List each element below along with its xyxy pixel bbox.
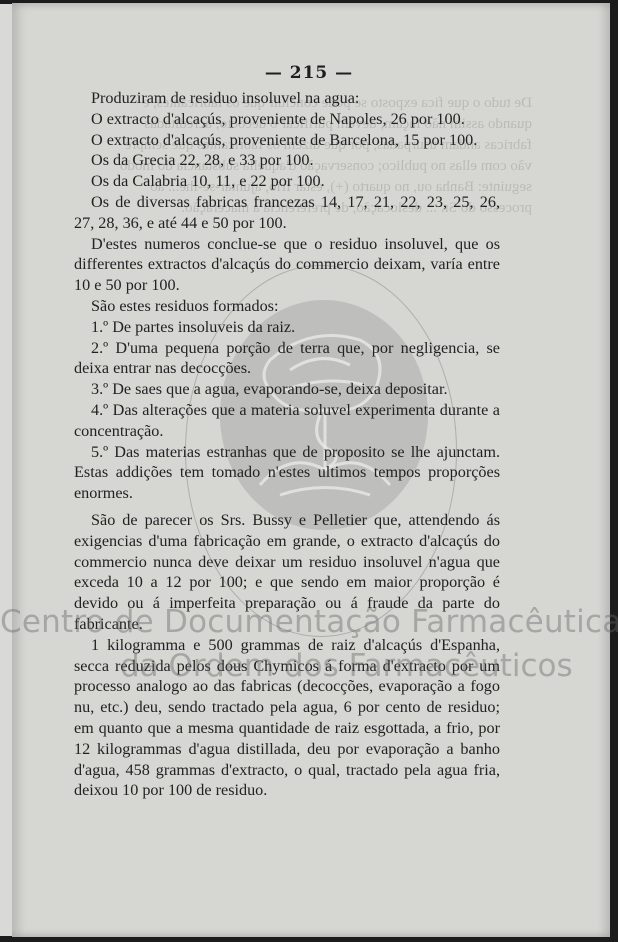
paragraph-calabria: Os da Calabria 10, 11, e 22 por 100. <box>74 171 500 192</box>
watermark-line-1: Centro de Documentação Farmacêutica <box>0 604 618 640</box>
paragraph-conclusao: D'estes numeros conclue-se que o residuo… <box>74 234 500 296</box>
list-item-2: 2.º D'uma pequena porção de terra que, p… <box>74 338 500 380</box>
page-body: Produziram de residuo insoluvel na agua:… <box>74 88 500 801</box>
list-item-5: 5.º Das materias estranhas que de propos… <box>74 442 500 504</box>
list-item-3: 3.º De saes que a agua, evaporando-se, d… <box>74 379 500 400</box>
paragraph-napoles: O extracto d'alcaçús, proveniente de Nap… <box>74 109 500 130</box>
list-item-1: 1.º De partes insoluveis da raiz. <box>74 317 500 338</box>
paragraph-barcelona: O extracto d'alcaçús, proveniente de Bar… <box>74 130 500 151</box>
page-number: — 215 — <box>0 63 618 83</box>
paragraph-grecia: Os da Grecia 22, 28, e 33 por 100. <box>74 150 500 171</box>
paragraph-francezas: Os de diversas fabricas francezas 14, 17… <box>74 192 500 234</box>
list-item-4: 4.º Das alterações que a materia soluvel… <box>74 400 500 442</box>
watermark-line-2: da Ordem dos Farmacêuticos <box>120 648 500 684</box>
paragraph-formados: São estes residuos formados: <box>74 296 500 317</box>
paragraph-intro: Produziram de residuo insoluvel na agua: <box>74 88 500 109</box>
